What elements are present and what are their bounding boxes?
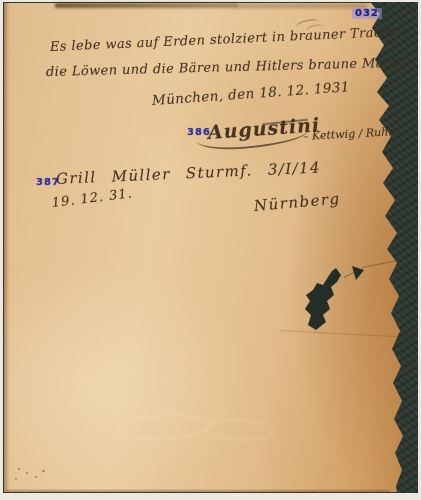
archival-page-number: 032 [352, 8, 382, 19]
top-edge-smudge [55, 3, 237, 8]
foxing-speck [15, 478, 17, 480]
foxing-speck [35, 476, 37, 478]
foxing-speck [18, 468, 20, 470]
paper-bottom-edge-shadow [6, 490, 390, 492]
foxing-speck [42, 470, 45, 472]
binding-gutter-shadow [4, 3, 10, 492]
foxing-speck [26, 472, 28, 474]
scanned-album-page: Es lebe was auf Erden stolziert in braun… [0, 0, 421, 500]
top-edge-smudge-light [235, 4, 367, 8]
